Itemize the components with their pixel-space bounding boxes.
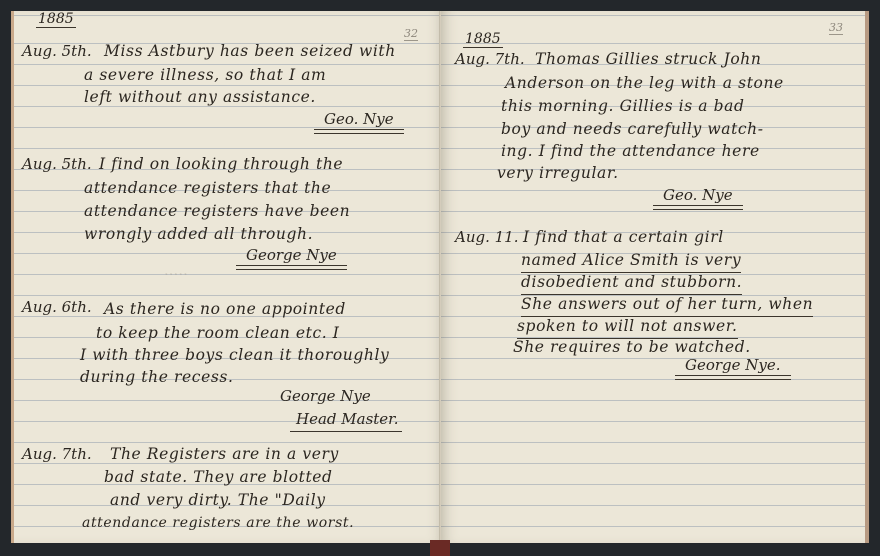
signature-title: Head Master.	[296, 409, 398, 430]
entry-line: spoken to will not answer.	[517, 316, 738, 339]
entry-line: this morning. Gillies is a bad	[501, 96, 745, 117]
signature: Geo. Nye	[324, 109, 394, 130]
entry-line: Anderson on the leg with a stone	[505, 73, 784, 94]
entry-line: As there is no one appointed	[104, 299, 346, 320]
entry-line: The Registers are in a very	[110, 444, 339, 465]
entry-date: Aug. 5th.	[22, 154, 92, 175]
entry-date: Aug. 11.	[455, 227, 519, 248]
entry-line: wrongly added all through.	[84, 224, 313, 245]
entry-line: Thomas Gillies struck John	[535, 49, 761, 70]
bleed-through-text: .....	[164, 261, 188, 279]
signature: George Nye	[280, 386, 371, 407]
entry-date: Aug. 7th.	[22, 444, 92, 465]
entry-line: very irregular.	[497, 163, 619, 184]
entry-line: She answers out of her turn, when	[521, 294, 813, 317]
entry-date: Aug. 7th.	[455, 49, 525, 70]
entry-date: Aug. 5th.	[22, 41, 92, 62]
signature: George Nye.	[685, 355, 781, 376]
entry-line: a severe illness, so that I am	[84, 65, 326, 86]
signature: George Nye	[246, 245, 337, 266]
left-page: ..... 1885 32 Aug. 5th. Miss Astbury has…	[11, 11, 444, 543]
entry-line: attendance registers that the	[84, 178, 331, 199]
entry-line: and very dirty. The "Daily	[110, 490, 326, 511]
entry-line: disobedient and stubborn.	[521, 272, 742, 295]
page-number: 33	[829, 21, 843, 35]
signature: Geo. Nye	[663, 185, 733, 206]
entry-line: attendance registers are the worst.	[82, 513, 354, 534]
entry-line: I find that a certain girl	[523, 227, 724, 248]
entry-line: during the recess.	[80, 367, 234, 388]
entry-line: to keep the room clean etc. I	[96, 323, 340, 344]
entry-line: attendance registers have been	[84, 201, 350, 222]
entry-line: I with three boys clean it thoroughly	[80, 345, 389, 366]
entry-line: bad state. They are blotted	[104, 467, 333, 488]
entry-line: boy and needs carefully watch-	[501, 119, 764, 140]
entry-line: named Alice Smith is very	[521, 250, 741, 273]
entry-date: Aug. 6th.	[22, 297, 92, 318]
entry-line: I find on looking through the	[99, 154, 343, 175]
entry-line: Miss Astbury has been seized with	[104, 41, 396, 62]
spine-ribbon	[430, 540, 450, 556]
entry-line: left without any assistance.	[84, 87, 316, 108]
year-heading: 1885	[36, 11, 76, 28]
year-heading: 1885	[463, 31, 503, 48]
entry-line: ing. I find the attendance here	[501, 141, 760, 162]
right-page: 1885 33 Aug. 7th. Thomas Gillies struck …	[441, 11, 869, 543]
open-logbook: ..... 1885 32 Aug. 5th. Miss Astbury has…	[0, 0, 880, 556]
page-number: 32	[404, 27, 418, 41]
